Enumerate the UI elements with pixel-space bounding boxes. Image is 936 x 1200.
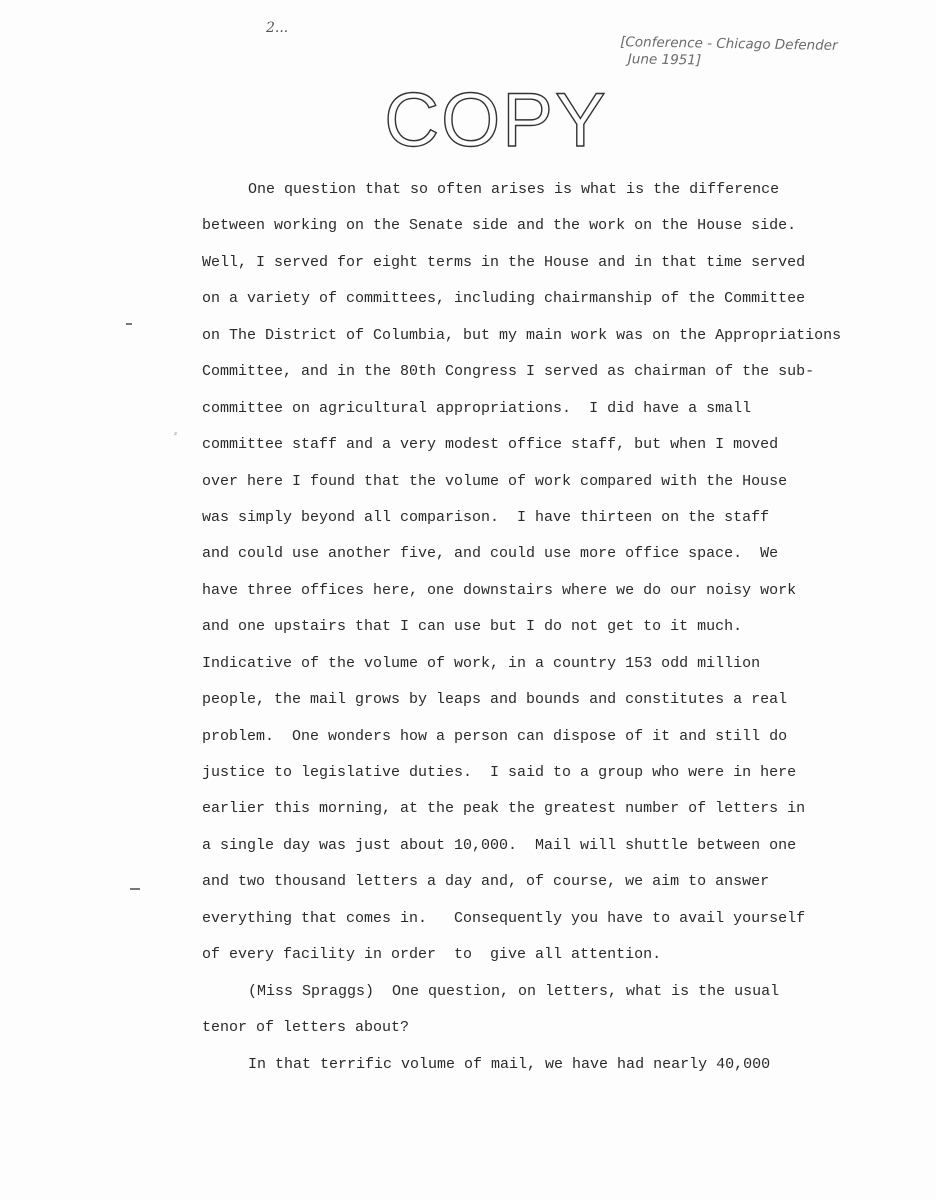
text-line: tenor of letters about? [202, 1016, 902, 1052]
text-line: justice to legislative duties. I said to… [202, 761, 902, 797]
margin-mark [130, 888, 140, 890]
copy-stamp-text: COPY [384, 84, 607, 154]
text-line: people, the mail grows by leaps and boun… [202, 688, 902, 724]
copy-stamp: COPY [380, 84, 612, 154]
text-line: Well, I served for eight terms in the Ho… [202, 251, 902, 287]
text-line: everything that comes in. Consequently y… [202, 907, 902, 943]
text-line: between working on the Senate side and t… [202, 214, 902, 250]
text-line: of every facility in order to give all a… [202, 943, 902, 979]
text-line: committee on agricultural appropriations… [202, 397, 902, 433]
text-line: Committee, and in the 80th Congress I se… [202, 360, 902, 396]
text-line: Indicative of the volume of work, in a c… [202, 652, 902, 688]
margin-mark [126, 323, 132, 325]
corner-mark: 2... [266, 20, 288, 36]
text-line: and could use another five, and could us… [202, 542, 902, 578]
handwritten-annotation: [Conference - Chicago Defender June 1951… [620, 34, 838, 72]
text-line: was simply beyond all comparison. I have… [202, 506, 902, 542]
text-line: In that terrific volume of mail, we have… [202, 1053, 902, 1089]
text-line: have three offices here, one downstairs … [202, 579, 902, 615]
text-line: a single day was just about 10,000. Mail… [202, 834, 902, 870]
text-line: problem. One wonders how a person can di… [202, 725, 902, 761]
text-line: (Miss Spraggs) One question, on letters,… [202, 980, 902, 1016]
text-line: and one upstairs that I can use but I do… [202, 615, 902, 651]
text-line: earlier this morning, at the peak the gr… [202, 797, 902, 833]
text-line: committee staff and a very modest office… [202, 433, 902, 469]
typewritten-body: One question that so often arises is wha… [202, 178, 902, 1089]
document-page: 2... [Conference - Chicago Defender June… [0, 0, 936, 1200]
text-line: on The District of Columbia, but my main… [202, 324, 902, 360]
text-line: One question that so often arises is wha… [202, 178, 902, 214]
margin-mark: ⸗ [174, 428, 177, 439]
text-line: over here I found that the volume of wor… [202, 470, 902, 506]
text-line: on a variety of committees, including ch… [202, 287, 902, 323]
text-line: and two thousand letters a day and, of c… [202, 870, 902, 906]
